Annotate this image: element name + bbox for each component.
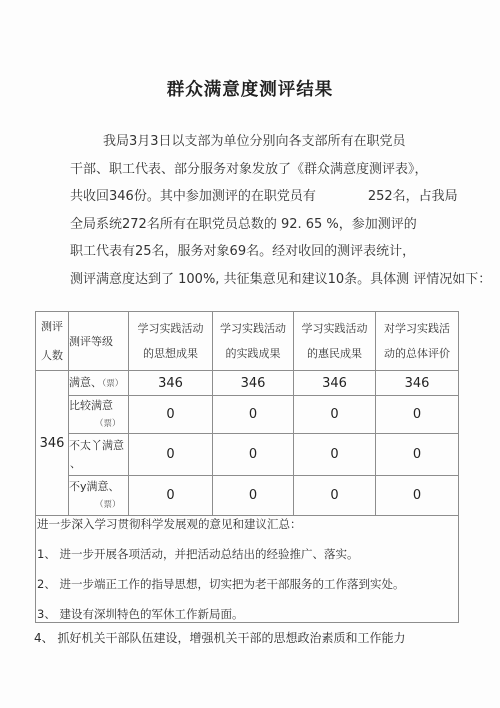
- suggestions-title: 进一步深入学习贯彻科学发展观的意见和建议汇总：: [37, 518, 458, 531]
- table-row-satisfied: 346 满意、（票） 346 346 346 346: [36, 371, 459, 396]
- row-label-not-very-satisfied: 不太丫满意 、: [69, 434, 129, 476]
- document-page: 群众满意度测评结果 我局3月3日以支部为单位分别向各支部所有在职党员 干部、职工…: [0, 0, 500, 708]
- row-label-main: 比较满意: [69, 399, 113, 412]
- value-cell: 0: [213, 434, 294, 476]
- value-cell: 0: [129, 396, 213, 434]
- header-survey-count-line1: 测评: [36, 312, 68, 341]
- suggestion-item: 3、 建设有深圳特色的军休工作新局面。: [37, 608, 458, 621]
- value-cell: 346: [213, 371, 294, 396]
- value-cell: 0: [213, 396, 294, 434]
- suggestion-item: 1、 进一步开展各项活动，并把活动总结出的经验推广、落实。: [37, 548, 458, 561]
- header-metric-line: 的惠民成果: [294, 341, 375, 366]
- row-label-fairly-satisfied: 比较满意 （票）: [69, 396, 129, 434]
- table-row-not-very-satisfied: 不太丫满意 、 0 0 0 0: [36, 434, 459, 476]
- header-metric-line: 的思想成果: [129, 341, 212, 366]
- row-label-votes: （票）: [95, 417, 128, 431]
- header-metric-line: 学习实践活动: [213, 316, 293, 341]
- row-label-unsatisfied: 不y满意、 （票）: [69, 476, 129, 516]
- value-cell: 0: [129, 434, 213, 476]
- header-metric-line: 动的总体评价: [376, 341, 458, 366]
- row-label-satisfied: 满意、（票）: [69, 371, 129, 396]
- paragraph-line: 我局3月3日以支部为单位分别向各支部所有在职党员: [70, 128, 480, 156]
- satisfaction-results-table: 测评 人数 测评等级 学习实践活动 的思想成果 学习实践活动 的实践成果 学习实…: [35, 311, 459, 623]
- table-header-row: 测评 人数 测评等级 学习实践活动 的思想成果 学习实践活动 的实践成果 学习实…: [36, 312, 459, 371]
- suggestion-item-outside-table: 4、 抓好机关干部队伍建设，增强机关干部的思想政治素质和工作能力: [34, 629, 500, 646]
- row-label-main: 不太丫满意: [69, 439, 124, 452]
- header-survey-count: 测评 人数: [36, 312, 69, 371]
- paragraph-line: 测评满意度达到了 100%, 共征集意见和建议10条。具体测 评情况如下：: [70, 266, 480, 294]
- value-cell: 0: [376, 476, 459, 516]
- row-label-votes: （票）: [102, 379, 123, 389]
- paragraph-line: 全局系统272名所有在职党员总数的 92. 65 %，参加测评的: [70, 211, 480, 239]
- header-metric-line: 学习实践活动: [129, 316, 212, 341]
- table-row-fairly-satisfied: 比较满意 （票） 0 0 0 0: [36, 396, 459, 434]
- paragraph-line: 干部、职工代表、部分服务对象发放了《群众满意度测评表》，: [70, 156, 480, 184]
- header-metric-benefit: 学习实践活动 的惠民成果: [294, 312, 376, 371]
- suggestions-cell: 进一步深入学习贯彻科学发展观的意见和建议汇总： 1、 进一步开展各项活动，并把活…: [36, 516, 459, 623]
- header-metric-line: 学习实践活动: [294, 316, 375, 341]
- table-row-unsatisfied: 不y满意、 （票） 0 0 0 0: [36, 476, 459, 516]
- header-metric-line: 对学习实践活: [376, 316, 458, 341]
- paragraph-line: 职工代表有25名，服务对象69名。经对收回的测评表统计，: [70, 238, 480, 266]
- intro-paragraph: 我局3月3日以支部为单位分别向各支部所有在职党员 干部、职工代表、部分服务对象发…: [70, 128, 480, 293]
- total-count-cell: 346: [36, 371, 69, 516]
- header-metric-line: 的实践成果: [213, 341, 293, 366]
- value-cell: 346: [294, 371, 376, 396]
- row-label-mark: 、: [70, 457, 128, 471]
- value-cell: 346: [129, 371, 213, 396]
- value-cell: 0: [376, 396, 459, 434]
- value-cell: 0: [294, 434, 376, 476]
- header-survey-count-line2: 人数: [36, 341, 68, 370]
- suggestions-row: 进一步深入学习贯彻科学发展观的意见和建议汇总： 1、 进一步开展各项活动，并把活…: [36, 516, 459, 623]
- row-label-main: 不y满意、: [69, 480, 120, 493]
- value-cell: 0: [129, 476, 213, 516]
- header-metric-practice: 学习实践活动 的实践成果: [213, 312, 294, 371]
- header-grade: 测评等级: [69, 312, 129, 371]
- suggestion-item: 2、 进一步端正工作的指导思想，切实把为老干部服务的工作落到实处。: [37, 578, 458, 591]
- row-label-votes: （票）: [95, 498, 128, 512]
- page-title: 群众满意度测评结果: [0, 0, 500, 101]
- row-label-main: 满意、: [69, 376, 102, 389]
- value-cell: 0: [294, 396, 376, 434]
- header-metric-overall: 对学习实践活 动的总体评价: [376, 312, 459, 371]
- value-cell: 346: [376, 371, 459, 396]
- value-cell: 0: [213, 476, 294, 516]
- value-cell: 0: [294, 476, 376, 516]
- paragraph-line: 共收回346份。其中参加测评的在职党员有 252名，占我局: [70, 183, 480, 211]
- value-cell: 0: [376, 434, 459, 476]
- header-metric-thought: 学习实践活动 的思想成果: [129, 312, 213, 371]
